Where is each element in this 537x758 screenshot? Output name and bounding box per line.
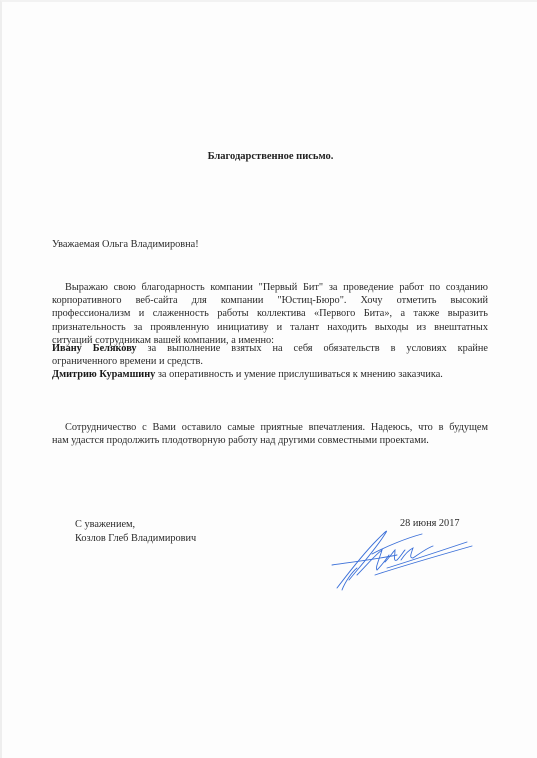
acknowledgement-item: Ивану Белякову за выполнение взятых на с… <box>52 342 488 355</box>
acknowledgement-text: за оперативность и умение прислушиваться… <box>155 369 443 380</box>
letter-greeting: Уважаемая Ольга Владимировна! <box>52 239 199 250</box>
paragraph-line: признательность за проявленную инициатив… <box>52 321 488 334</box>
closing-regards: С уважением, <box>75 518 196 532</box>
acknowledgement-item: Дмитрию Курамшину за оперативность и уме… <box>52 368 488 381</box>
paragraph-gratitude: Выражаю свою благодарность компании "Пер… <box>52 281 488 347</box>
employee-name: Ивану Белякову <box>52 343 137 354</box>
letter-page: Благодарственное письмо. Уважаемая Ольга… <box>0 0 537 758</box>
acknowledgement-text-continued: ограниченного времени и средств. <box>52 355 488 368</box>
letter-title: Благодарственное письмо. <box>2 151 537 162</box>
paragraph-line: нам удастся продолжить плодотворную рабо… <box>52 434 488 447</box>
signer-name: Козлов Глеб Владимирович <box>75 532 196 546</box>
acknowledgements: Ивану Белякову за выполнение взятых на с… <box>52 342 488 382</box>
employee-name: Дмитрию Курамшину <box>52 369 155 380</box>
acknowledgement-text: за выполнение взятых на себя обязательст… <box>137 343 488 354</box>
paragraph-cooperation: Сотрудничество с Вами оставило самые при… <box>52 421 488 447</box>
paragraph-line: профессионализм и слаженность работы кол… <box>52 307 488 320</box>
paragraph-line: Сотрудничество с Вами оставило самые при… <box>52 421 488 434</box>
handwritten-signature-icon <box>327 520 477 595</box>
letter-closing: С уважением, Козлов Глеб Владимирович <box>75 518 196 546</box>
paragraph-line: корпоративного веб-сайта для компании "Ю… <box>52 294 488 307</box>
paragraph-line: Выражаю свою благодарность компании "Пер… <box>52 281 488 294</box>
